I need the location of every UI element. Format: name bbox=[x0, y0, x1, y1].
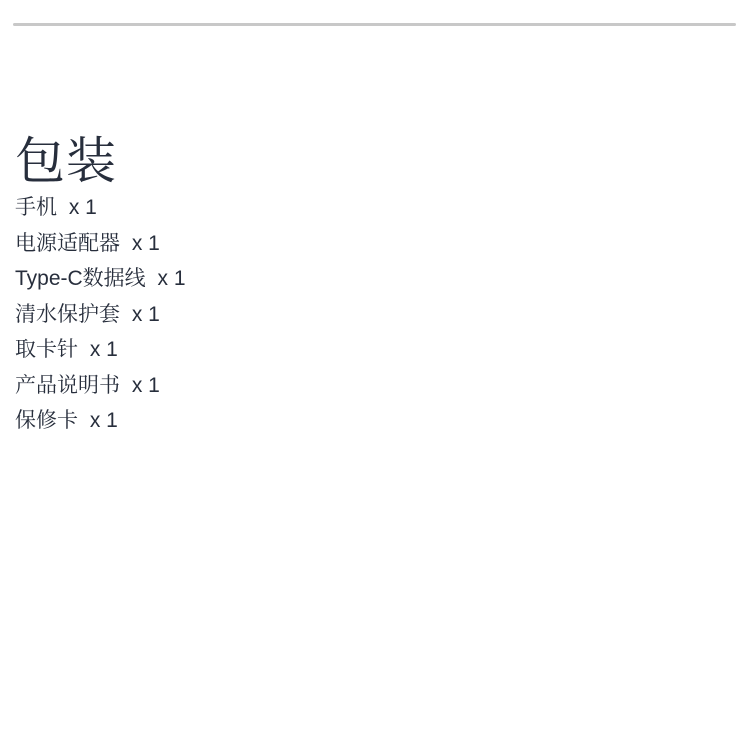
package-item-name: 取卡针 bbox=[15, 338, 78, 361]
package-item-quantity: x 1 bbox=[90, 338, 118, 361]
package-list-item: 取卡针 x 1 bbox=[15, 332, 186, 368]
package-list-item: 手机 x 1 bbox=[15, 190, 186, 226]
package-list-item: 产品说明书 x 1 bbox=[15, 368, 186, 404]
package-list-item: 电源适配器 x 1 bbox=[15, 226, 186, 262]
package-item-quantity: x 1 bbox=[132, 232, 160, 255]
package-item-quantity: x 1 bbox=[132, 374, 160, 397]
package-item-name: 手机 bbox=[15, 196, 57, 219]
package-item-name: 产品说明书 bbox=[15, 374, 120, 397]
section-title: 包装 bbox=[15, 132, 117, 190]
package-list-item: 清水保护套 x 1 bbox=[15, 297, 186, 333]
package-list-item: 保修卡 x 1 bbox=[15, 403, 186, 439]
package-item-name: Type-C数据线 bbox=[15, 267, 146, 290]
top-divider bbox=[13, 23, 736, 26]
package-item-name: 清水保护套 bbox=[15, 303, 120, 326]
package-list: 手机 x 1 电源适配器 x 1 Type-C数据线 x 1 清水保护套 x 1… bbox=[15, 190, 186, 439]
package-item-quantity: x 1 bbox=[90, 409, 118, 432]
package-item-quantity: x 1 bbox=[69, 196, 97, 219]
package-item-quantity: x 1 bbox=[132, 303, 160, 326]
package-list-item: Type-C数据线 x 1 bbox=[15, 261, 186, 297]
packaging-section-page: 包装 手机 x 1 电源适配器 x 1 Type-C数据线 x 1 清水保护套 … bbox=[0, 0, 750, 754]
package-item-name: 保修卡 bbox=[15, 409, 78, 432]
package-item-name: 电源适配器 bbox=[15, 232, 120, 255]
package-item-quantity: x 1 bbox=[158, 267, 186, 290]
